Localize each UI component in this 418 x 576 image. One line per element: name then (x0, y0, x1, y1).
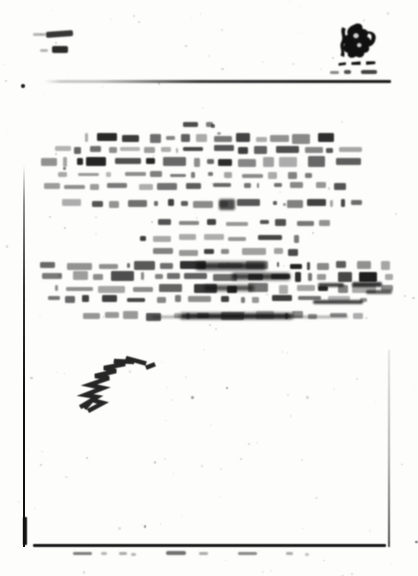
word-blob (67, 263, 92, 270)
word-blob (166, 136, 175, 141)
noise-speck (226, 387, 228, 389)
page-edge-right (388, 350, 390, 547)
word-blob (213, 274, 237, 281)
word-blob (307, 199, 325, 206)
word-blob (168, 199, 174, 207)
word-blob (204, 234, 223, 240)
margin-bullet-dot (21, 84, 25, 88)
word-blob (288, 172, 297, 178)
word-blob (330, 200, 333, 206)
noise-speck (323, 560, 325, 562)
word-blob (193, 201, 213, 209)
word-blob (176, 148, 178, 153)
word-blob (194, 158, 200, 167)
word-blob (244, 183, 250, 187)
noise-speck (211, 124, 215, 128)
noise-speck (58, 274, 60, 276)
noise-speck (64, 227, 66, 229)
footer-mark (166, 551, 186, 555)
body-text-area (0, 0, 418, 576)
word-blob (48, 296, 60, 301)
header-rule (44, 80, 391, 83)
footer-mark (238, 552, 257, 555)
noise-speck (138, 21, 140, 23)
noise-speck (266, 294, 268, 296)
noise-speck (55, 153, 57, 155)
noise-speck (133, 15, 135, 17)
word-blob (326, 148, 332, 153)
signature-stroke-tail (86, 400, 103, 410)
word-blob (90, 146, 101, 153)
word-blob (318, 133, 334, 142)
noise-speck (341, 121, 343, 123)
caption-mark (330, 71, 339, 74)
word-blob (260, 220, 269, 224)
word-blob (140, 236, 146, 241)
reference-mark (46, 30, 73, 38)
noise-speck (151, 221, 153, 223)
word-blob (184, 273, 207, 278)
word-blob (242, 174, 263, 177)
noise-speck (185, 45, 187, 47)
word-blob (287, 200, 303, 208)
noise-speck (252, 297, 253, 298)
word-blob (97, 133, 117, 141)
word-blob (120, 147, 140, 152)
word-blob (275, 219, 286, 226)
word-blob (238, 159, 256, 167)
word-blob (85, 133, 88, 142)
word-blob (107, 183, 127, 189)
word-blob (271, 274, 290, 280)
word-blob (279, 285, 288, 294)
text-line-smear (83, 311, 363, 320)
noise-speck (219, 496, 221, 498)
word-blob (226, 222, 249, 226)
word-blob (122, 135, 139, 143)
word-blob (44, 183, 60, 189)
word-blob (55, 146, 71, 150)
word-blob (206, 122, 213, 127)
page-edge-left (23, 165, 25, 547)
noise-speck (28, 449, 29, 450)
heavy-ink-smear (313, 300, 363, 304)
noise-speck (95, 233, 97, 235)
word-blob (360, 298, 367, 302)
word-blob (292, 311, 303, 318)
word-blob (102, 295, 117, 302)
text-line-smear (48, 295, 370, 303)
footer-mark (286, 552, 293, 555)
word-blob (218, 263, 241, 268)
noise-speck (395, 213, 397, 215)
noise-speck (7, 132, 9, 134)
noise-speck (217, 132, 221, 136)
word-blob (359, 272, 377, 282)
word-blob (160, 263, 173, 269)
noise-speck (227, 177, 229, 179)
noise-speck (404, 295, 406, 297)
noise-speck (110, 19, 111, 20)
word-blob (290, 264, 302, 270)
noise-speck (118, 527, 120, 529)
word-blob (86, 157, 106, 166)
word-blob (181, 134, 190, 142)
word-blob (274, 183, 282, 188)
word-blob (93, 274, 103, 280)
word-blob (298, 296, 321, 301)
word-blob (158, 219, 171, 225)
word-blob (268, 172, 277, 179)
word-blob (308, 273, 311, 281)
noise-speck (200, 13, 201, 14)
word-blob (227, 286, 237, 293)
noise-speck (227, 262, 229, 264)
word-blob (336, 261, 345, 268)
heavy-ink-smear (318, 283, 344, 287)
word-blob (181, 201, 188, 206)
footer-mark (101, 552, 107, 555)
word-blob (258, 235, 282, 239)
noise-speck (301, 32, 302, 33)
noise-speck (269, 260, 270, 261)
word-blob (83, 313, 100, 320)
word-blob (213, 183, 230, 187)
word-blob (238, 147, 248, 154)
noise-speck (133, 268, 134, 269)
noise-speck (287, 394, 289, 396)
word-blob (308, 314, 318, 319)
noise-speck (201, 465, 203, 467)
word-blob (111, 271, 134, 280)
noise-speck (211, 94, 212, 95)
word-blob (276, 146, 299, 154)
word-blob (125, 172, 147, 177)
word-blob (341, 199, 345, 207)
word-blob (133, 287, 153, 293)
word-blob (218, 159, 232, 166)
word-blob (338, 272, 352, 282)
noise-speck (283, 265, 285, 267)
word-blob (90, 184, 99, 189)
noise-speck (3, 64, 4, 65)
noise-speck (206, 157, 207, 158)
word-blob (155, 274, 163, 279)
word-blob (237, 199, 260, 207)
word-blob (254, 146, 267, 154)
noise-speck (52, 10, 53, 11)
noise-speck (262, 571, 264, 573)
page-edge-corner (23, 517, 27, 545)
footer-caption-marks (0, 0, 418, 576)
word-blob (339, 147, 362, 152)
noise-speck (306, 396, 308, 398)
footer-mark (199, 552, 208, 555)
heavy-ink-smear (352, 282, 382, 287)
word-blob (221, 296, 229, 302)
word-blob (274, 248, 284, 254)
word-blob (246, 261, 268, 269)
noise-speck (301, 459, 303, 461)
word-blob (157, 297, 166, 304)
noise-speck (221, 29, 223, 31)
word-blob (41, 158, 57, 166)
word-blob (270, 135, 289, 142)
noise-speck (8, 427, 9, 428)
heavy-ink-smear (152, 316, 348, 318)
noise-speck (303, 296, 305, 298)
text-line-smear (62, 199, 372, 208)
text-line-smear (158, 219, 330, 227)
word-blob (353, 313, 363, 319)
heavy-ink-smear (204, 285, 254, 291)
noise-speck (63, 167, 66, 170)
noise-speck (185, 376, 187, 378)
word-blob (316, 182, 326, 188)
noise-speck (296, 88, 297, 89)
word-blob (352, 285, 376, 294)
word-blob (330, 313, 347, 318)
footer-mark (119, 552, 127, 555)
emblem-base-dashes (339, 61, 376, 65)
noise-speck (95, 217, 97, 219)
text-line-smear (41, 157, 373, 167)
word-blob (180, 261, 206, 269)
noise-speck (34, 508, 35, 509)
word-blob (82, 295, 89, 301)
word-blob (208, 172, 213, 176)
word-blob (179, 250, 199, 255)
noise-speck (181, 516, 182, 517)
word-blob (285, 313, 287, 320)
word-blob (150, 134, 161, 143)
text-line-smear (55, 145, 368, 154)
heavy-ink-smear (232, 273, 290, 280)
noise-speck (145, 259, 146, 260)
noise-speck (358, 325, 359, 326)
emblem-caption-marks (0, 0, 418, 576)
text-line-smear (42, 272, 393, 282)
noise-speck (283, 203, 286, 206)
noise-speck (351, 573, 353, 575)
noise-speck (369, 530, 371, 532)
word-blob (134, 261, 155, 270)
word-blob (279, 157, 297, 167)
noise-speck (191, 17, 192, 18)
scan-noise-layer (0, 0, 418, 576)
noise-speck (289, 227, 290, 228)
word-blob (186, 183, 200, 189)
noise-speck (83, 571, 85, 573)
noise-speck (173, 473, 175, 475)
noise-speck (304, 146, 305, 147)
text-line-smear (44, 182, 346, 190)
noise-speck (343, 288, 345, 290)
word-blob (318, 286, 328, 291)
noise-speck (6, 245, 8, 247)
word-blob (99, 264, 118, 269)
text-line-smear (40, 261, 390, 270)
word-blob (153, 236, 171, 242)
word-blob (256, 137, 267, 142)
caption-mark (344, 70, 351, 74)
word-blob (55, 285, 58, 291)
text-line-smear (153, 248, 298, 256)
word-blob (214, 145, 234, 151)
noise-speck (385, 55, 386, 56)
noise-speck (302, 528, 303, 529)
noise-speck (413, 389, 414, 390)
heavy-ink-smear (219, 199, 235, 210)
word-blob (338, 285, 348, 293)
noise-speck (320, 68, 322, 70)
word-blob (263, 157, 274, 168)
noise-speck (196, 217, 198, 219)
word-blob (241, 297, 245, 303)
word-blob (66, 287, 93, 292)
word-blob (179, 234, 196, 240)
noise-speck (240, 458, 242, 460)
text-line-smear (140, 234, 300, 242)
word-blob (106, 172, 111, 176)
noise-speck (401, 464, 402, 465)
word-blob (221, 249, 229, 253)
word-blob (207, 159, 215, 164)
scanned-document-page (0, 0, 418, 576)
word-blob (128, 200, 147, 207)
noise-speck (175, 60, 176, 61)
noise-speck (220, 468, 222, 470)
word-blob (127, 298, 145, 302)
noise-speck (407, 572, 408, 573)
noise-speck (261, 147, 262, 148)
noise-speck (221, 68, 223, 70)
word-blob (109, 201, 119, 208)
noise-speck (102, 86, 104, 88)
word-blob (277, 262, 279, 267)
word-blob (221, 312, 244, 320)
word-blob (292, 134, 310, 143)
noise-speck (328, 187, 330, 189)
noise-speck (211, 183, 212, 184)
word-blob (77, 158, 83, 165)
word-blob (153, 248, 173, 254)
word-blob (175, 295, 181, 302)
noise-speck (159, 340, 160, 341)
noise-speck (356, 378, 358, 380)
word-blob (257, 183, 260, 188)
word-blob (73, 271, 89, 280)
noise-speck (387, 12, 389, 14)
word-blob (290, 182, 302, 187)
word-blob (150, 171, 162, 177)
noise-speck (40, 464, 42, 466)
word-blob (236, 133, 250, 142)
word-blob (194, 284, 217, 293)
text-line-smear (55, 284, 393, 293)
noise-speck (256, 442, 258, 444)
word-blob (127, 263, 130, 269)
word-blob (381, 285, 393, 291)
word-blob (357, 261, 371, 269)
word-blob (40, 262, 55, 268)
noise-speck (164, 458, 166, 460)
noise-speck (287, 352, 288, 353)
word-blob (154, 201, 158, 207)
word-blob (219, 201, 229, 208)
noise-speck (49, 216, 51, 218)
word-blob (305, 147, 323, 153)
noise-speck (143, 299, 145, 301)
noise-speck (248, 443, 250, 445)
word-blob (179, 221, 198, 225)
noise-speck (312, 232, 314, 234)
noise-speck (292, 63, 294, 65)
word-blob (336, 158, 361, 164)
noise-speck (39, 316, 41, 318)
word-blob (157, 183, 177, 190)
word-blob (64, 185, 85, 189)
noise-speck (160, 523, 162, 525)
noise-speck (262, 61, 264, 63)
noise-speck (300, 6, 301, 7)
word-blob (63, 157, 67, 167)
noise-speck (203, 349, 205, 351)
noise-speck (215, 328, 217, 330)
word-blob (42, 273, 62, 279)
noise-speck (201, 107, 203, 109)
word-blob (288, 249, 298, 256)
word-blob (334, 183, 346, 190)
noise-speck (154, 461, 156, 463)
word-blob (186, 313, 190, 319)
word-blob (78, 173, 99, 177)
noise-speck (56, 372, 57, 373)
word-blob (163, 157, 186, 166)
heavy-ink-smear (366, 290, 392, 294)
word-blob (295, 272, 302, 281)
word-blob (228, 237, 245, 241)
word-blob (174, 313, 180, 318)
word-blob (146, 158, 155, 165)
word-blob (319, 220, 330, 226)
noise-speck (210, 424, 212, 426)
word-blob (58, 172, 67, 177)
word-blob (214, 136, 231, 141)
word-blob (98, 286, 126, 293)
reference-mark (52, 46, 68, 53)
word-blob (109, 147, 116, 153)
heavy-ink-smear (196, 262, 266, 270)
noise-speck (144, 525, 147, 528)
word-blob (381, 261, 390, 270)
word-blob (328, 296, 350, 301)
word-blob (65, 296, 75, 303)
noise-speck (243, 311, 245, 313)
caption-mark (361, 70, 377, 74)
noise-speck (307, 268, 309, 270)
signature-stroke-dot (148, 365, 153, 367)
word-blob (317, 274, 326, 280)
word-blob (256, 311, 274, 319)
word-blob (272, 295, 292, 302)
noise-speck (225, 560, 226, 561)
reference-mark (40, 49, 48, 52)
word-blob (92, 201, 103, 206)
word-blob (385, 274, 393, 280)
noise-speck (61, 140, 62, 141)
noise-speck (43, 95, 45, 97)
